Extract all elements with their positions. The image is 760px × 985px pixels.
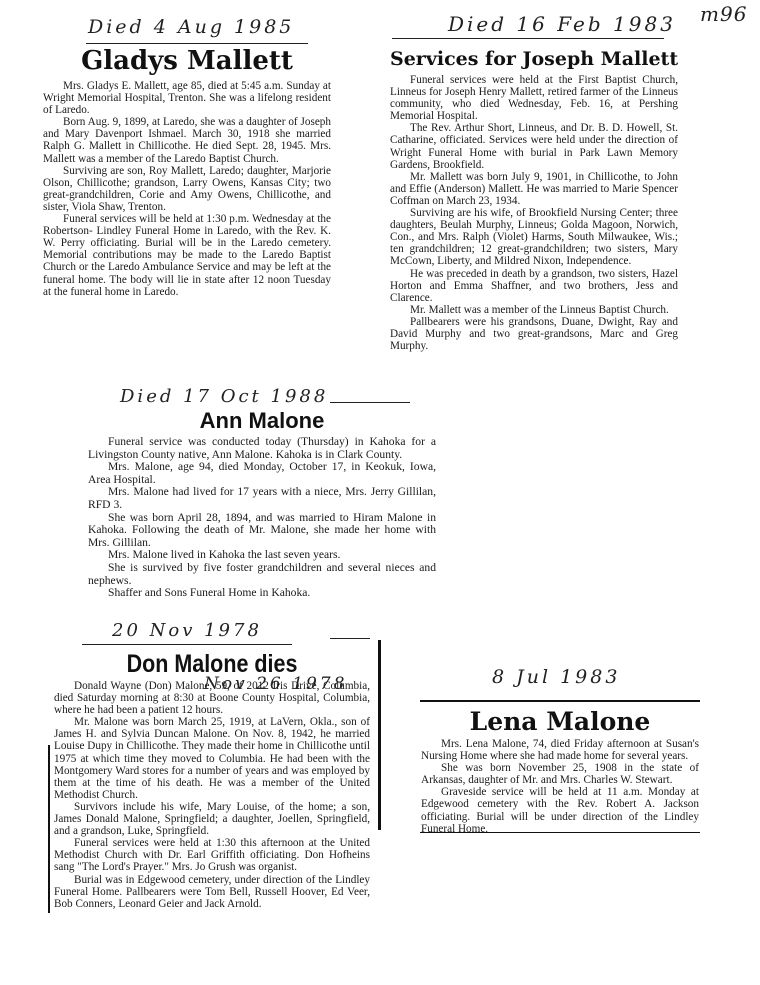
paragraph: She is survived by five foster grandchil… — [88, 562, 436, 587]
paragraph: Funeral services were held at the First … — [390, 74, 678, 122]
paragraph: Mrs. Malone, age 94, died Monday, Octobe… — [88, 461, 436, 486]
obituary-don-malone: Don Malone dies Nov 26 1978 Donald Wayne… — [54, 648, 370, 910]
paragraph: Mrs. Gladys E. Mallett, age 85, died at … — [43, 80, 331, 116]
divider — [392, 38, 664, 39]
article-body: Donald Wayne (Don) Malone, 59, of 2012 I… — [54, 680, 370, 910]
paragraph: Mrs. Malone had lived for 17 years with … — [88, 486, 436, 511]
paragraph: Funeral services were held at 1:30 this … — [54, 837, 370, 873]
article-body: Funeral service was conducted today (Thu… — [88, 436, 436, 600]
paragraph: Mr. Mallett was born July 9, 1901, in Ch… — [390, 171, 678, 207]
divider — [420, 832, 700, 833]
paragraph: Surviving are his wife, of Brookfield Nu… — [390, 207, 678, 267]
article-body: Mrs. Gladys E. Mallett, age 85, died at … — [43, 80, 331, 298]
paragraph: The Rev. Arthur Short, Linneus, and Dr. … — [390, 122, 678, 170]
obituary-gladys-mallett: Gladys Mallett Mrs. Gladys E. Mallett, a… — [43, 44, 331, 298]
column-edge — [378, 640, 381, 830]
page-marker: m96 — [700, 2, 747, 26]
paragraph: Born Aug. 9, 1899, at Laredo, she was a … — [43, 116, 331, 164]
article-body: Mrs. Lena Malone, 74, died Friday aftern… — [421, 738, 699, 835]
paragraph: She was born April 28, 1894, and was mar… — [88, 512, 436, 550]
column-edge — [48, 745, 50, 913]
divider — [82, 644, 292, 645]
paragraph: Survivors include his wife, Mary Louise,… — [54, 801, 370, 837]
article-body: Funeral services were held at the First … — [390, 74, 678, 352]
headline: Lena Malone — [421, 706, 699, 738]
divider — [420, 700, 700, 702]
paragraph: Graveside service will be held at 11 a.m… — [421, 786, 699, 834]
paragraph: Surviving are son, Roy Mallett, Laredo; … — [43, 165, 331, 213]
divider — [330, 638, 370, 639]
handwritten-date: Died 16 Feb 1983 — [448, 12, 676, 36]
paragraph: Mr. Mallett was a member of the Linneus … — [390, 304, 678, 316]
paragraph: Funeral services will be held at 1:30 p.… — [43, 213, 331, 298]
headline: Services for Joseph Mallett — [390, 44, 678, 74]
handwritten-note: Nov 26 1978 — [204, 674, 347, 694]
headline: Ann Malone — [88, 408, 436, 434]
obituary-ann-malone: Ann Malone Funeral service was conducted… — [88, 408, 436, 600]
handwritten-date: 20 Nov 1978 — [112, 620, 262, 641]
paragraph: Burial was in Edgewood cemetery, under d… — [54, 874, 370, 910]
headline: Gladys Mallett — [43, 44, 331, 78]
handwritten-date: Died 17 Oct 1988 — [120, 386, 328, 407]
handwritten-date: Died 4 Aug 1985 — [88, 16, 294, 38]
paragraph: Funeral service was conducted today (Thu… — [88, 436, 436, 461]
paragraph: Pallbearers were his grandsons, Duane, D… — [390, 316, 678, 352]
obituary-lena-malone: Lena Malone Mrs. Lena Malone, 74, died F… — [421, 706, 699, 835]
paragraph: Shaffer and Sons Funeral Home in Kahoka. — [88, 587, 436, 600]
divider — [330, 402, 410, 403]
paragraph: He was preceded in death by a grandson, … — [390, 268, 678, 304]
paragraph: Mr. Malone was born March 25, 1919, at L… — [54, 716, 370, 801]
paragraph: She was born November 25, 1908 in the st… — [421, 762, 699, 786]
paragraph: Mrs. Lena Malone, 74, died Friday aftern… — [421, 738, 699, 762]
handwritten-date: 8 Jul 1983 — [492, 666, 620, 688]
obituary-joseph-mallett: Services for Joseph Mallett Funeral serv… — [390, 44, 678, 352]
